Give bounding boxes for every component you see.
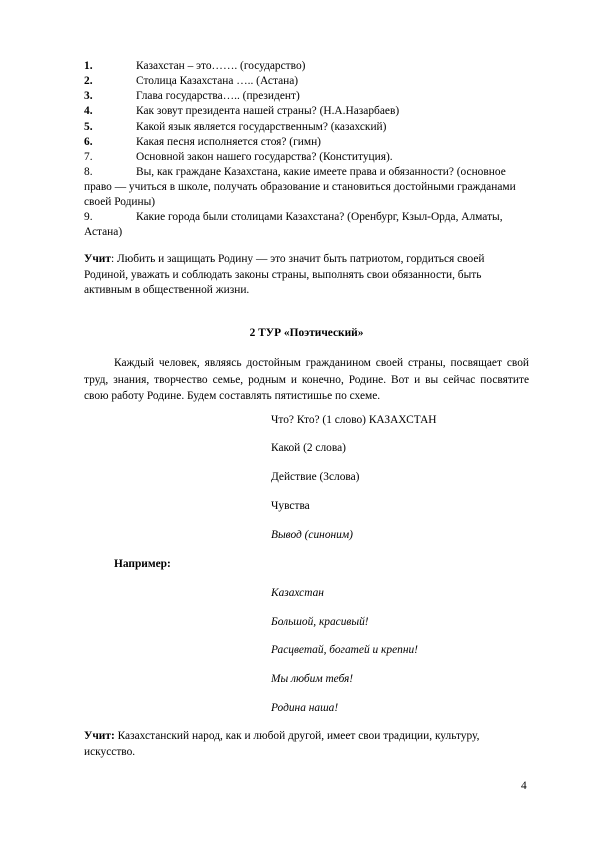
question-number: 2.: [84, 74, 93, 88]
poem-line: Казахстан: [271, 586, 324, 600]
teacher-note: Учит: Казахстанский народ, как и любой д…: [84, 729, 514, 760]
question-text-continuation: право — учиться в школе, получать образо…: [84, 180, 516, 194]
teacher-note-text: Казахстанский народ, как и любой другой,…: [84, 730, 479, 758]
question-text-continuation: Астана): [84, 225, 122, 239]
scheme-line: Действие (3слова): [271, 470, 359, 484]
question-text: Казахстан – это……. (государство): [136, 59, 305, 73]
poem-line: Мы любим тебя!: [271, 672, 353, 686]
question-text: Какая песня исполняется стоя? (гимн): [136, 135, 321, 149]
scheme-line: Какой (2 слова): [271, 441, 346, 455]
teacher-label: Учит:: [84, 730, 115, 742]
question-text: Основной закон нашего государства? (Конс…: [136, 150, 393, 164]
page-number: 4: [521, 779, 527, 793]
poem-line: Большой, красивый!: [271, 615, 369, 629]
question-text: Столица Казахстана ….. (Астана): [136, 74, 298, 88]
question-text: Глава государства….. (президент): [136, 89, 300, 103]
question-text-continuation: своей Родины): [84, 195, 155, 209]
example-label: Например:: [114, 557, 171, 571]
poem-line: Расцветай, богатей и крепни!: [271, 643, 418, 657]
question-number: 8.: [84, 165, 93, 179]
poem-line: Родина наша!: [271, 701, 338, 715]
question-number: 3.: [84, 89, 93, 103]
scheme-line: Вывод (синоним): [271, 528, 353, 542]
question-number: 5.: [84, 120, 93, 134]
question-text: Какой язык является государственным? (ка…: [136, 120, 386, 134]
scheme-line: Чувства: [271, 499, 310, 513]
section-title: 2 ТУР «Поэтический»: [84, 326, 529, 340]
intro-paragraph: Каждый человек, являясь достойным гражда…: [84, 355, 529, 405]
question-text: Какие города были столицами Казахстана? …: [136, 210, 503, 224]
teacher-note-text: : Любить и защищать Родину — это значит …: [84, 253, 484, 296]
question-text: Вы, как граждане Казахстана, какие имеет…: [136, 165, 506, 179]
question-number: 7.: [84, 150, 93, 164]
teacher-note: Учит: Любить и защищать Родину — это зна…: [84, 252, 529, 299]
question-number: 9.: [84, 210, 93, 224]
teacher-label: Учит: [84, 253, 111, 265]
question-number: 1.: [84, 59, 93, 73]
question-text: Как зовут президента нашей страны? (Н.А.…: [136, 104, 399, 118]
question-number: 6.: [84, 135, 93, 149]
scheme-line: Что? Кто? (1 слово) КАЗАХСТАН: [271, 413, 437, 427]
question-number: 4.: [84, 104, 93, 118]
